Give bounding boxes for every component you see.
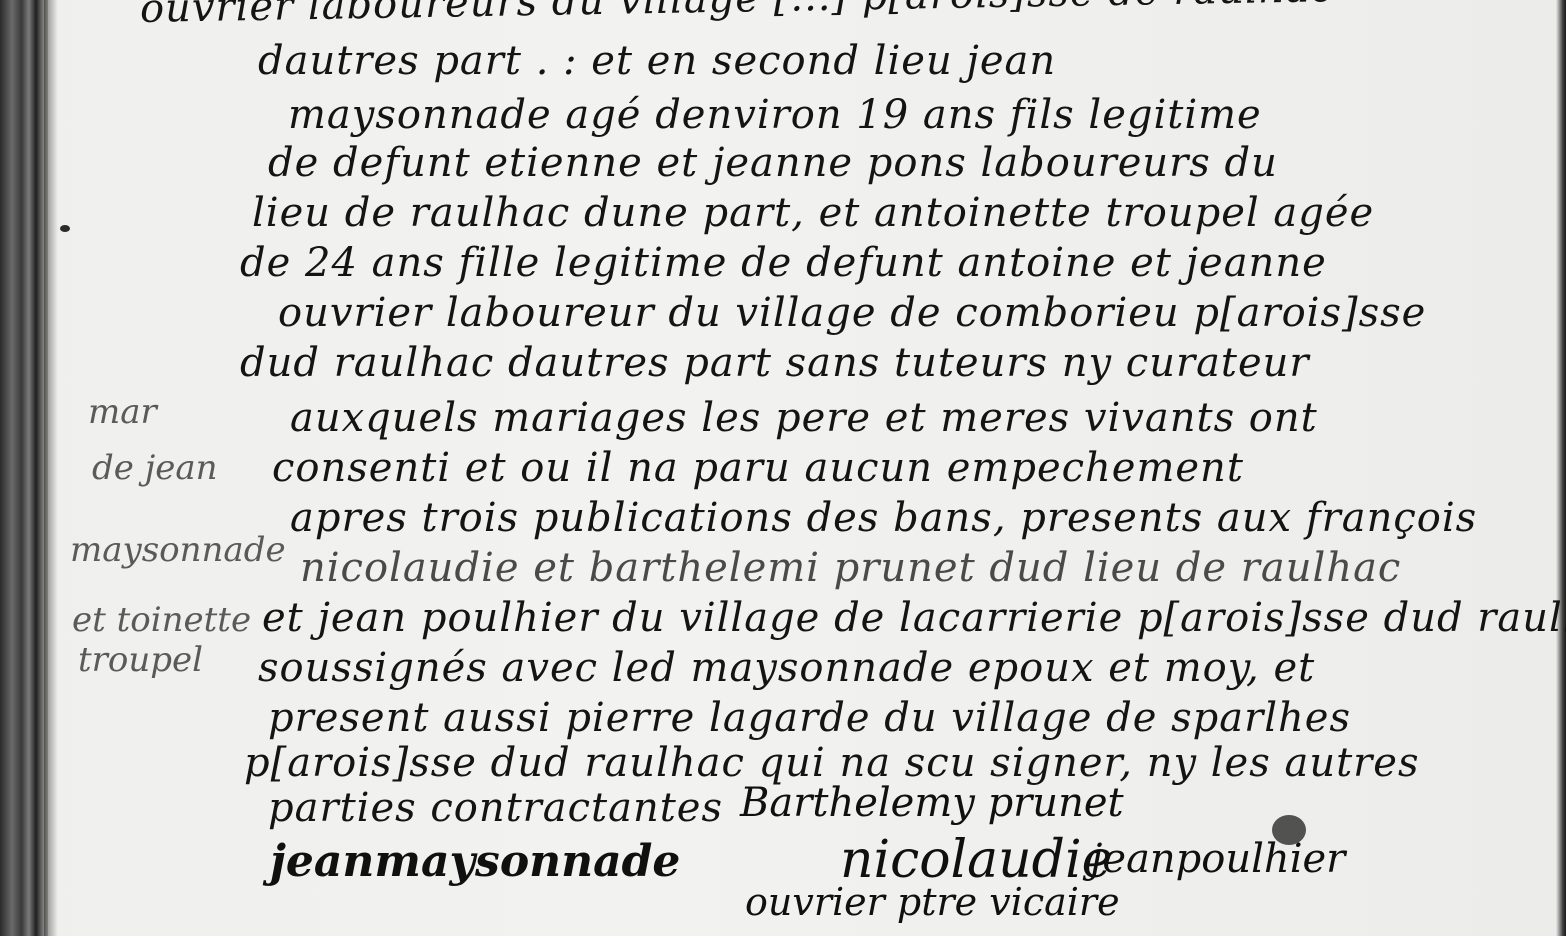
signature-barthelemy-prunet: Barthelemy prunet (740, 780, 1124, 826)
text-line-6: de 24 ans fille legitime de defunt antoi… (240, 240, 1327, 286)
ink-spot (60, 225, 70, 232)
text-line-10: consenti et ou il na paru aucun empechem… (272, 445, 1244, 491)
signature-ouvrier-vicaire: ouvrier ptre vicaire (745, 880, 1120, 924)
margin-note-line-5: troupel (78, 640, 203, 680)
text-line-11: apres trois publications des bans, prese… (290, 495, 1477, 541)
text-line-3: maysonnade agé denviron 19 ans fils legi… (288, 92, 1262, 138)
register-page: ouvrier laboureurs du village [...] p[ar… (0, 0, 1566, 936)
text-line-7: ouvrier laboureur du village de comborie… (278, 290, 1426, 336)
margin-note-line-3: maysonnade (70, 530, 286, 570)
text-line-15: present aussi pierre lagarde du village … (268, 695, 1351, 741)
text-line-8: dud raulhac dautres part sans tuteurs ny… (240, 340, 1310, 386)
text-line-5: lieu de raulhac dune part, et antoinette… (252, 190, 1374, 236)
text-line-4: de defunt etienne et jeanne pons laboure… (268, 140, 1278, 186)
page-right-edge (1556, 0, 1566, 936)
text-line-14: soussignés avec led maysonnade epoux et … (258, 645, 1315, 691)
text-line-2: dautres part . : et en second lieu jean (258, 38, 1056, 84)
text-line-1: ouvrier laboureurs du village [...] p[ar… (140, 0, 1335, 32)
text-line-9: auxquels mariages les pere et meres viva… (290, 395, 1318, 441)
text-line-17: parties contractantes (268, 785, 723, 831)
margin-note-line-4: et toinette (72, 600, 251, 640)
signature-jean-maysonnade: jeanmaysonnade (270, 836, 680, 887)
text-line-13: et jean poulhier du village de lacarrier… (262, 595, 1566, 641)
margin-note-line-2: de jean (92, 448, 218, 488)
book-binding-gutter (0, 0, 48, 936)
gutter-shadow (44, 0, 58, 936)
margin-note-line-1: mar (88, 392, 157, 432)
signature-jean-poulhier: jeanpoulhier (1090, 836, 1345, 882)
text-line-12: nicolaudie et barthelemi prunet dud lieu… (300, 545, 1401, 591)
